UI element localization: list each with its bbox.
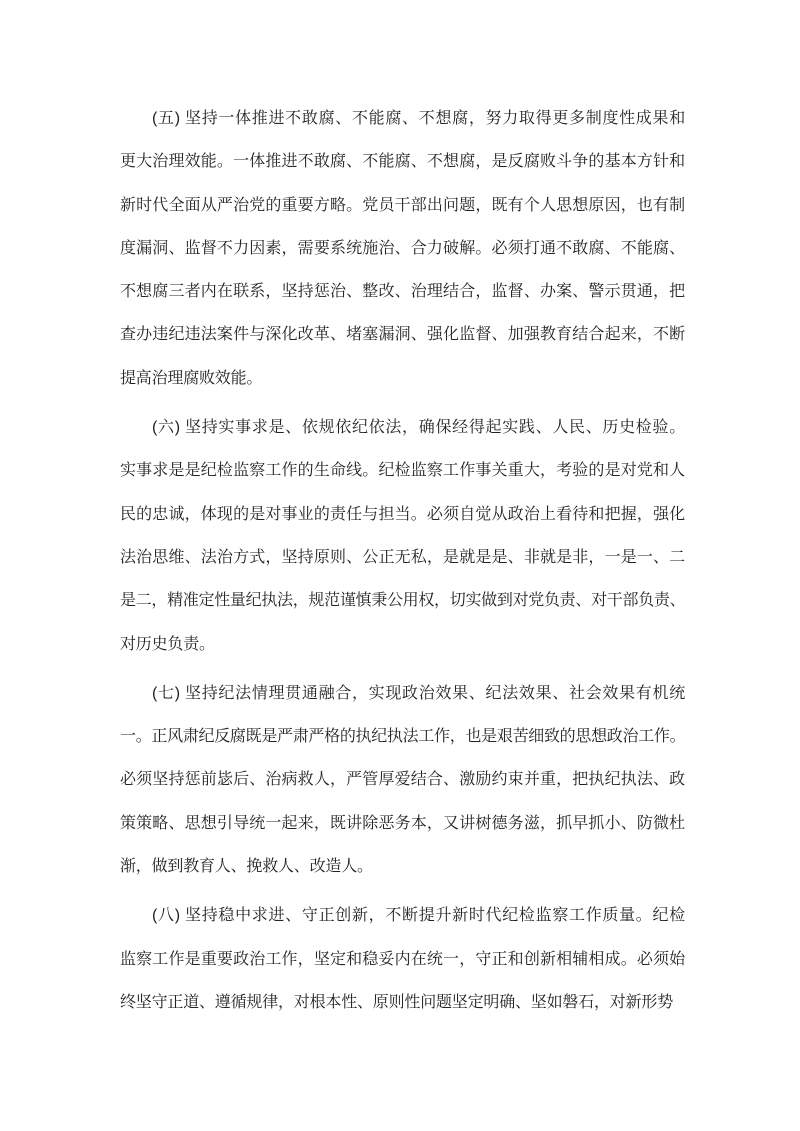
text-line: 终坚守正道、遵循规律，对根本性、原则性问题坚定明确、坚如磐石，对新形势 (120, 981, 685, 1024)
document-content: (五) 坚持一体推进不敢腐、不能腐、不想腐，努力取得更多制度性成果和更大治理效能… (120, 97, 685, 1030)
paragraph-7: (七) 坚持纪法情理贯通融合，实现政治效果、纪法效果、社会效果有机统一。正风肃纪… (120, 672, 685, 888)
document-page: (五) 坚持一体推进不敢腐、不能腐、不想腐，努力取得更多制度性成果和更大治理效能… (0, 0, 800, 1131)
paragraph-8: (八) 坚持稳中求进、守正创新，不断提升新时代纪检监察工作质量。纪检监察工作是重… (120, 894, 685, 1024)
text-line: 渐，做到教育人、挽救人、改造人。 (120, 845, 685, 888)
text-line: 必须坚持惩前毖后、治病救人，严管厚爱结合、激励约束并重，把执纪执法、政 (120, 758, 685, 801)
paragraph-6: (六) 坚持实事求是、依规依纪依法，确保经得起实践、人民、历史检验。实事求是是纪… (120, 406, 685, 666)
text-line: 实事求是是纪检监察工作的生命线。纪检监察工作事关重大，考验的是对党和人 (120, 449, 685, 492)
text-line: 一。正风肃纪反腐既是严肃严格的执纪执法工作，也是艰苦细致的思想政治工作。 (120, 715, 685, 758)
text-line: 对历史负责。 (120, 623, 685, 666)
text-line: 是二，精准定性量纪执法，规范谨慎秉公用权，切实做到对党负责、对干部负责、 (120, 579, 685, 622)
text-line: 民的忠诚，体现的是对事业的责任与担当。必须自觉从政治上看待和把握，强化 (120, 493, 685, 536)
text-line: (八) 坚持稳中求进、守正创新，不断提升新时代纪检监察工作质量。纪检 (120, 894, 685, 937)
text-line: 法治思维、法治方式，坚持原则、公正无私，是就是是、非就是非，一是一、二 (120, 536, 685, 579)
text-line: 策策略、思想引导统一起来，既讲除恶务本，又讲树德务滋，抓早抓小、防微杜 (120, 802, 685, 845)
text-line: 新时代全面从严治党的重要方略。党员干部出问题，既有个人思想原因，也有制 (120, 184, 685, 227)
text-line: 查办违纪违法案件与深化改革、堵塞漏洞、强化监督、加强教育结合起来，不断 (120, 313, 685, 356)
text-line: 不想腐三者内在联系，坚持惩治、整改、治理结合，监督、办案、警示贯通，把 (120, 270, 685, 313)
text-line: (六) 坚持实事求是、依规依纪依法，确保经得起实践、人民、历史检验。 (120, 406, 685, 449)
text-line: 度漏洞、监督不力因素，需要系统施治、合力破解。必须打通不敢腐、不能腐、 (120, 227, 685, 270)
paragraph-5: (五) 坚持一体推进不敢腐、不能腐、不想腐，努力取得更多制度性成果和更大治理效能… (120, 97, 685, 400)
text-line: 监察工作是重要政治工作，坚定和稳妥内在统一，守正和创新相辅相成。必须始 (120, 938, 685, 981)
text-line: 提高治理腐败效能。 (120, 357, 685, 400)
text-line: (七) 坚持纪法情理贯通融合，实现政治效果、纪法效果、社会效果有机统 (120, 672, 685, 715)
text-line: 更大治理效能。一体推进不敢腐、不能腐、不想腐，是反腐败斗争的基本方针和 (120, 140, 685, 183)
text-line: (五) 坚持一体推进不敢腐、不能腐、不想腐，努力取得更多制度性成果和 (120, 97, 685, 140)
